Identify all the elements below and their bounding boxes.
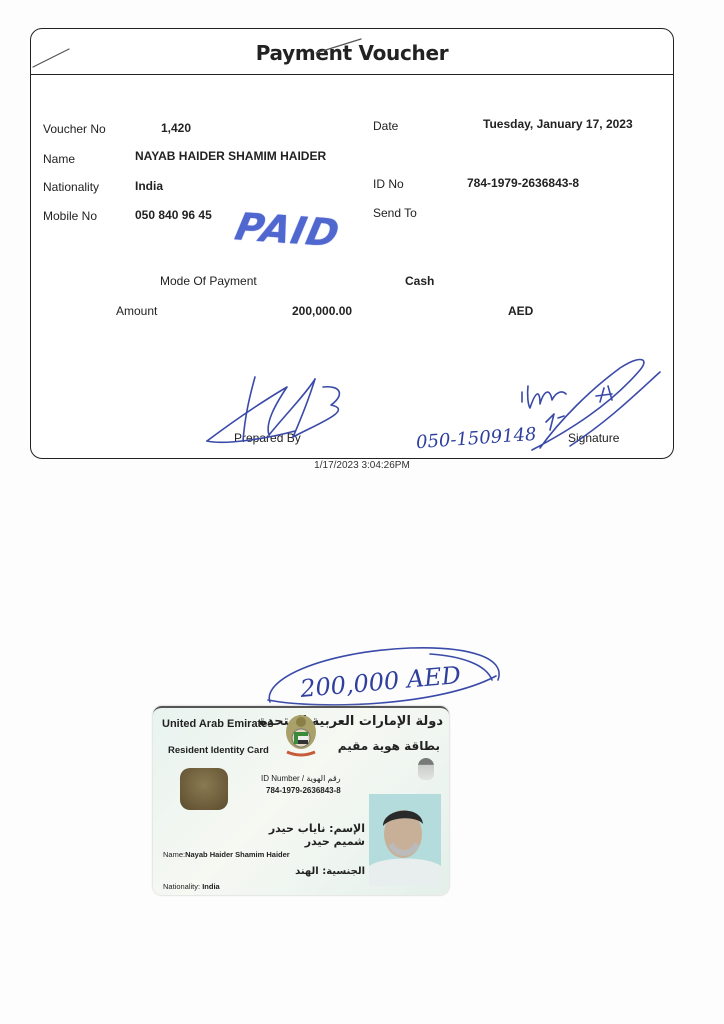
card-id-number-label: ID Number / رقم الهوية	[261, 774, 341, 783]
card-id-number: 784-1979-2636843-8	[266, 786, 341, 795]
voucher-no-label: Voucher No	[43, 122, 106, 136]
uae-emblem-icon	[281, 712, 321, 758]
mobile-no-label: Mobile No	[43, 209, 97, 223]
card-nationality-ar: الجنسية: الهند	[293, 866, 365, 877]
card-name-label: Name:	[163, 850, 185, 859]
send-to-label: Send To	[373, 206, 417, 220]
print-timestamp: 1/17/2023 3:04:26PM	[0, 460, 724, 471]
card-name-row: Name:Nayab Haider Shamim Haider	[163, 850, 290, 859]
nationality-value: India	[135, 179, 163, 193]
amount-value: 200,000.00	[292, 304, 352, 318]
currency-value: AED	[508, 304, 533, 318]
date-label: Date	[373, 119, 398, 133]
mobile-no-value: 050 840 96 45	[135, 208, 212, 222]
card-nationality-label: Nationality:	[163, 882, 200, 891]
pen-stroke-marks	[31, 29, 675, 79]
card-country-en: United Arab Emirates	[162, 718, 273, 730]
emirates-id-card: United Arab Emirates دولة الإمارات العرب…	[153, 706, 449, 895]
card-name-value: Nayab Haider Shamim Haider	[185, 850, 290, 859]
voucher-no-value: 1,420	[161, 121, 191, 135]
holder-photo	[369, 794, 441, 886]
card-name-ar: الإسم: نایاب حیدر شمیم حیدر	[237, 822, 365, 848]
nationality-label: Nationality	[43, 180, 99, 194]
id-no-value: 784-1979-2636843-8	[467, 176, 579, 190]
card-type-en: Resident Identity Card	[168, 745, 269, 756]
card-nationality-value: India	[202, 882, 220, 891]
paid-stamp: PAID	[232, 205, 344, 256]
person-portrait-icon	[369, 794, 441, 886]
amount-label: Amount	[116, 304, 157, 318]
date-value: Tuesday, January 17, 2023	[483, 117, 633, 131]
name-label: Name	[43, 152, 75, 166]
name-value: NAYAB HAIDER SHAMIM HAIDER	[135, 149, 326, 163]
prepared-by-signature	[195, 365, 365, 450]
mode-of-payment-label: Mode Of Payment	[160, 274, 257, 288]
ghost-photo-icon	[418, 758, 434, 780]
smart-chip-icon	[180, 768, 228, 810]
id-no-label: ID No	[373, 177, 404, 191]
card-nationality-row: Nationality: India	[163, 882, 220, 891]
card-type-ar: بطاقة هوية مقيم	[338, 739, 440, 753]
mode-of-payment-value: Cash	[405, 274, 434, 288]
